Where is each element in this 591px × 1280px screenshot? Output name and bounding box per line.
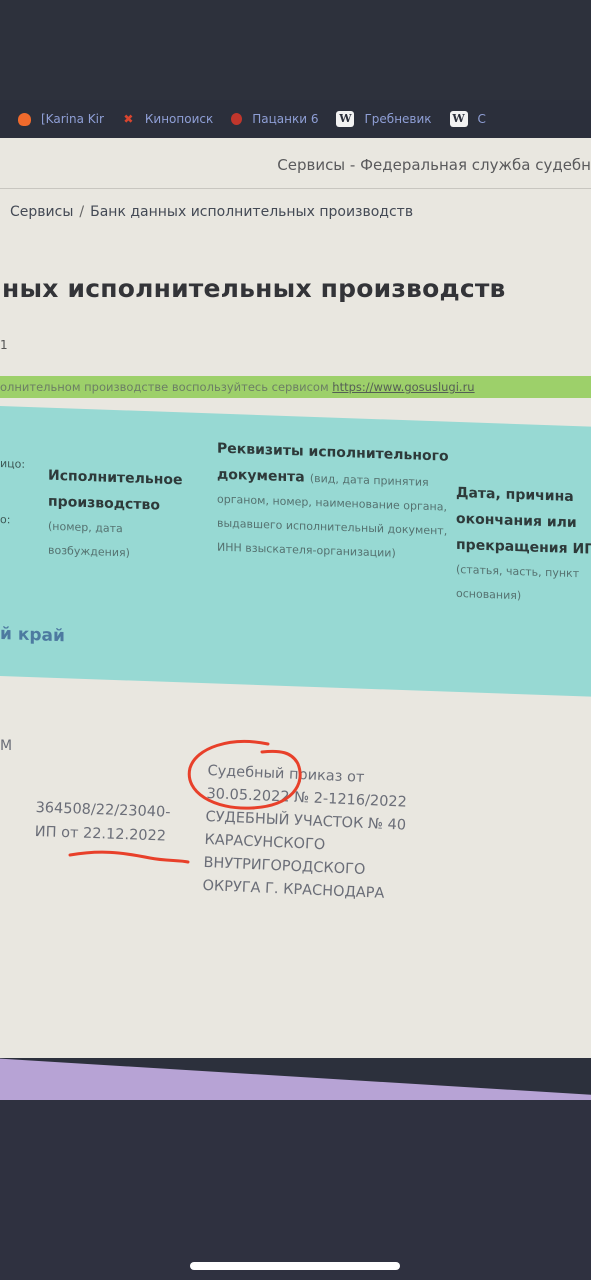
bookmarks-bar: [Karina Kir ✖ Кинопоиск Пацанки 6 W Греб… xyxy=(0,100,591,139)
column-title: Исполнительное производство xyxy=(48,468,183,514)
home-indicator[interactable] xyxy=(190,1262,400,1270)
document-cell: Судебный приказ от 30.05.2022 № 2-1216/2… xyxy=(202,760,468,909)
breadcrumb-separator: / xyxy=(79,204,84,220)
ip-cell: 364508/22/23040- ИП от 22.12.2022 xyxy=(34,796,171,849)
dark-background-top xyxy=(0,0,591,100)
breadcrumb-services[interactable]: Сервисы xyxy=(10,204,73,220)
bookmark-grebnevik[interactable]: W Гребневик xyxy=(336,111,431,127)
debtor-fragment: М xyxy=(0,738,12,754)
table-header: ицо: о: Исполнительное производство (ном… xyxy=(0,406,591,697)
table-row: М 364508/22/23040- ИП от 22.12.2022 Суде… xyxy=(0,688,591,1088)
column-subtitle: (вид, дата принятия органом, номер, наим… xyxy=(217,472,447,560)
page-title: ных исполнительных производств xyxy=(2,274,506,303)
bookmark-kinopoisk[interactable]: ✖ Кинопоиск xyxy=(122,112,213,126)
dark-background-bottom xyxy=(0,1100,591,1280)
bookmark-label: Гребневик xyxy=(364,112,431,126)
w-icon: W xyxy=(450,111,468,127)
ip-date: ИП от 22.12.2022 xyxy=(34,820,170,849)
breadcrumb-current: Банк данных исполнительных производств xyxy=(90,204,413,220)
column-title: Дата, причина окончания или прекращения … xyxy=(456,485,591,558)
bookmark-patsanki[interactable]: Пацанки 6 xyxy=(231,112,318,126)
kinopoisk-icon: ✖ xyxy=(122,113,135,126)
shield-icon xyxy=(231,113,242,125)
bookmark-karina[interactable]: [Karina Kir xyxy=(18,112,104,126)
window-title: Сервисы - Федеральная служба судебн xyxy=(277,156,591,174)
bookmark-label: [Karina Kir xyxy=(41,112,104,126)
divider xyxy=(0,188,591,189)
notice-banner: олнительном производстве воспользуйтесь … xyxy=(0,376,591,398)
column-header-document: Реквизиты исполнительного документа (вид… xyxy=(217,436,452,568)
header-left-fragment: ицо: о: xyxy=(0,436,25,549)
notice-text: олнительном производстве воспользуйтесь … xyxy=(0,380,332,394)
column-subtitle: (номер, дата возбуждения) xyxy=(48,520,130,560)
bookmark-s[interactable]: W С xyxy=(450,111,486,127)
header-left-line: о: xyxy=(0,492,25,549)
bookmark-label: С xyxy=(478,112,486,126)
cloud-icon xyxy=(18,113,31,126)
breadcrumb: Сервисы/Банк данных исполнительных произ… xyxy=(10,204,413,220)
w-icon: W xyxy=(336,111,354,127)
column-header-end-date: Дата, причина окончания или прекращения … xyxy=(456,480,591,611)
result-count: 1 xyxy=(0,338,8,352)
region-label: й край xyxy=(0,624,65,646)
web-page: Сервисы - Федеральная служба судебн Серв… xyxy=(0,138,591,1058)
header-left-line: ицо: xyxy=(0,436,25,493)
gosuslugi-link[interactable]: https://www.gosuslugi.ru xyxy=(332,380,474,394)
column-subtitle: (статья, часть, пункт основания) xyxy=(456,563,579,602)
bookmark-label: Пацанки 6 xyxy=(252,112,318,126)
column-header-ip: Исполнительное производство (номер, дата… xyxy=(48,463,198,568)
bookmark-label: Кинопоиск xyxy=(145,112,213,126)
